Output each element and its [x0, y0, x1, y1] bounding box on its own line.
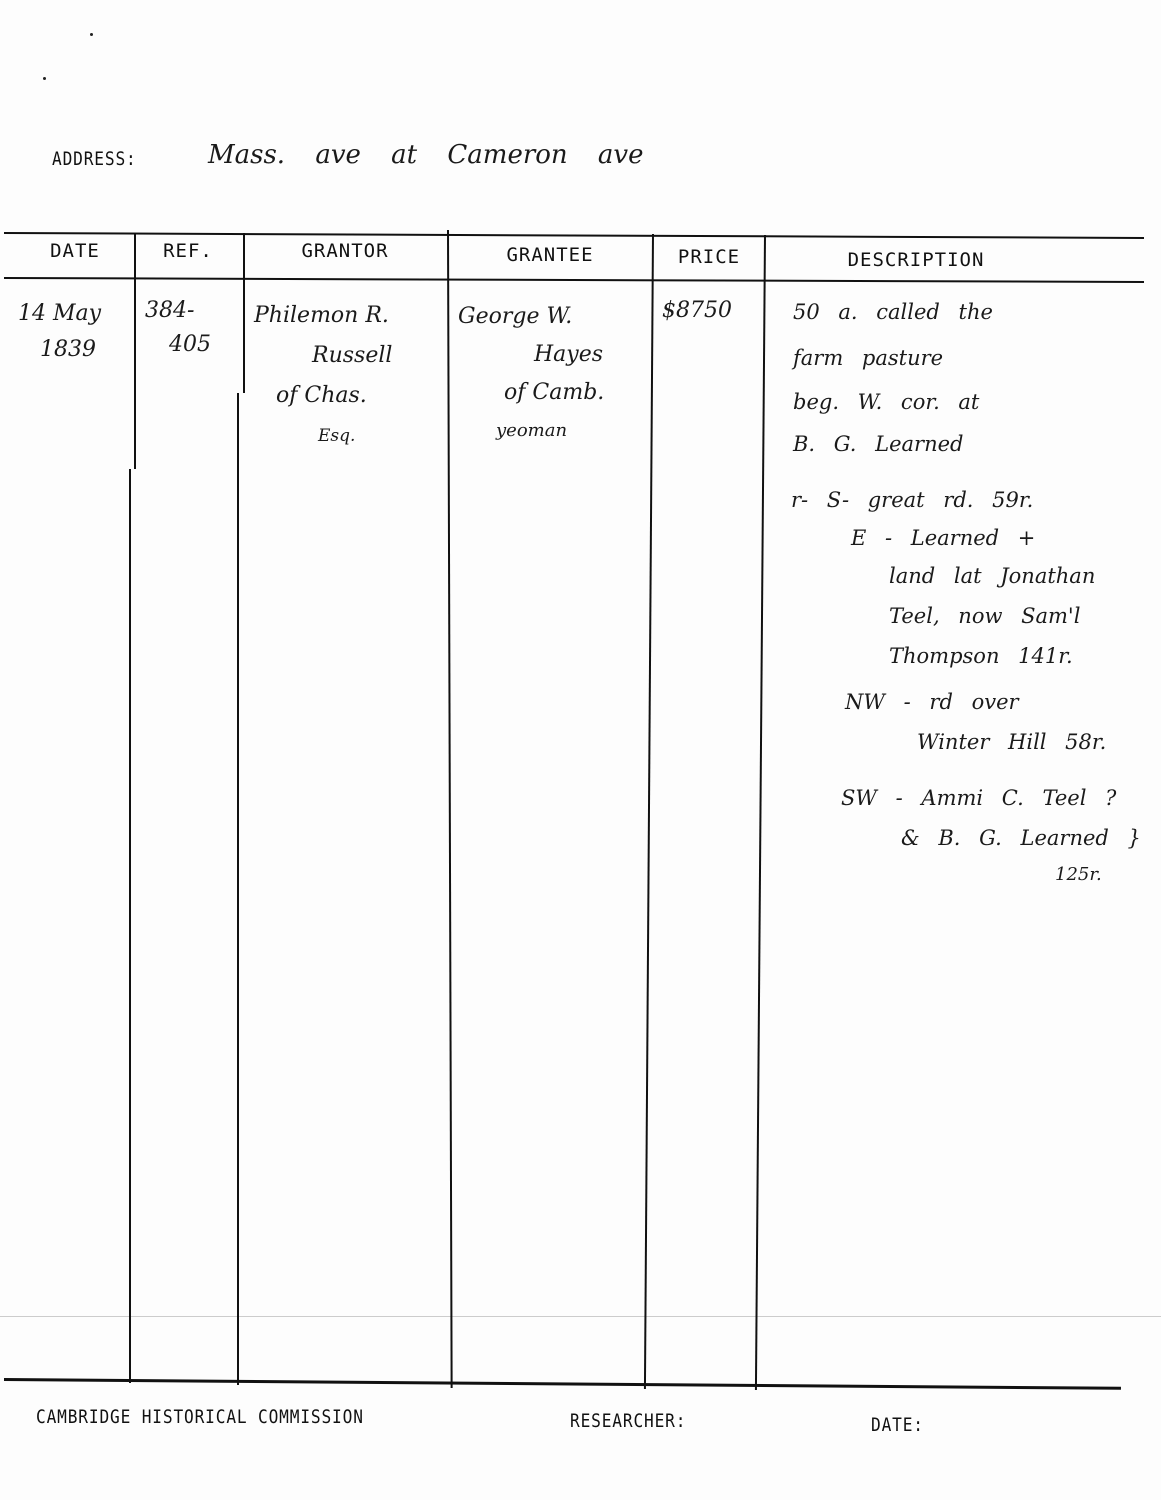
description-line: B. G. Learned	[793, 432, 964, 456]
column-divider	[447, 230, 453, 1388]
column-header-price: PRICE	[654, 246, 764, 268]
column-divider	[134, 233, 136, 469]
column-divider	[129, 469, 131, 1383]
entry-grantee: George W. Hayes of Camb. yeoman	[458, 298, 604, 450]
grantee-line-2: Hayes	[458, 336, 604, 374]
entry-ref-line-2: 405	[145, 328, 211, 362]
scan-speck	[43, 77, 46, 80]
grantor-line-2: Russell	[254, 336, 392, 376]
description-line: farm pasture	[793, 346, 943, 370]
entry-date-year: 1839	[18, 332, 101, 368]
entry-price: $8750	[662, 298, 732, 323]
description-line: land lat Jonathan	[889, 564, 1095, 588]
table-bottom-rule	[4, 1378, 1121, 1390]
entry-date: 14 May 1839	[18, 296, 101, 368]
column-header-description: DESCRIPTION	[766, 249, 1066, 271]
grantee-line-1: George W.	[458, 298, 604, 336]
description-line: Thompson 141r.	[889, 644, 1073, 668]
faint-guide-rule	[0, 1316, 1161, 1317]
entry-date-day-month: 14 May	[18, 296, 101, 332]
description-line: & B. G. Learned }	[901, 826, 1141, 850]
scan-speck	[90, 33, 93, 36]
entry-ref-line-1: 384-	[145, 294, 211, 328]
grantor-line-1: Philemon R.	[254, 296, 392, 336]
description-line: E - Learned +	[851, 526, 1035, 550]
description-line: 50 a. called the	[793, 300, 993, 324]
table-top-rule	[4, 232, 1144, 239]
description-line: Teel, now Sam'l	[889, 604, 1080, 628]
address-label: ADDRESS:	[52, 148, 137, 170]
footer-date-label: DATE:	[871, 1414, 924, 1436]
column-header-date: DATE	[20, 240, 130, 262]
column-header-grantee: GRANTEE	[450, 244, 650, 266]
column-divider	[755, 235, 766, 1390]
description-line: SW - Ammi C. Teel ?	[841, 786, 1116, 810]
column-divider	[644, 234, 654, 1389]
grantor-line-4: Esq.	[254, 416, 392, 456]
description-line: 125r.	[1055, 864, 1102, 885]
grantee-line-3: of Camb.	[458, 374, 604, 412]
footer-researcher-label: RESEARCHER:	[570, 1410, 686, 1432]
column-header-grantor: GRANTOR	[246, 240, 444, 262]
description-line: beg. W. cor. at	[793, 390, 979, 414]
column-header-ref: REF.	[138, 240, 238, 262]
entry-grantor: Philemon R. Russell of Chas. Esq.	[254, 296, 392, 456]
grantee-line-4: yeoman	[458, 412, 604, 450]
address-value: Mass. ave at Cameron ave	[208, 140, 644, 170]
description-line: Winter Hill 58r.	[917, 730, 1106, 754]
column-divider	[243, 233, 245, 393]
header-bottom-rule	[4, 277, 1144, 283]
grantor-line-3: of Chas.	[254, 376, 392, 416]
column-divider	[237, 393, 239, 1385]
entry-ref: 384- 405	[145, 294, 211, 362]
footer-organization: CAMBRIDGE HISTORICAL COMMISSION	[36, 1406, 364, 1428]
description-line: NW - rd over	[845, 690, 1019, 714]
description-line: r- S- great rd. 59r.	[791, 488, 1033, 512]
